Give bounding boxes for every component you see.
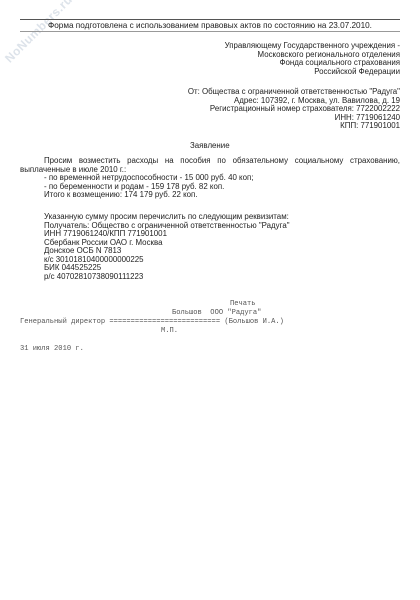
amounts-list: - по временной нетрудоспособности - 15 0… [44,174,253,200]
sender-block: От: Общества с ограниченной ответственно… [188,88,400,131]
addressee-block: Управляющему Государственного учреждения… [225,42,400,76]
request-paragraph: Просим возместить расходы на пособия по … [20,157,400,174]
form-notice-text: Форма подготовлена с использованием прав… [48,21,372,30]
form-notice-bar: Форма подготовлена с использованием прав… [20,19,400,32]
sender-kpp: КПП: 771901001 [188,122,400,131]
bank-details: Указанную сумму просим перечислить по сл… [44,213,290,281]
director-signature-line: Генеральный директор ===================… [20,318,284,327]
amount-total: Итого к возмещению: 174 179 руб. 22 коп. [44,191,253,200]
bank-account: р/с 40702810738090111223 [44,273,290,282]
addressee-line: Российской Федерации [225,68,400,77]
watermark: NoNumbers.ru [2,0,75,66]
stamp-label: Печать [230,300,256,309]
document-title: Заявление [190,142,230,151]
seal-placeholder: М.П. [161,327,178,336]
document-date: 31 июля 2010 г. [20,345,84,354]
stamp-text: Большов ООО "Радуга" [172,309,261,318]
